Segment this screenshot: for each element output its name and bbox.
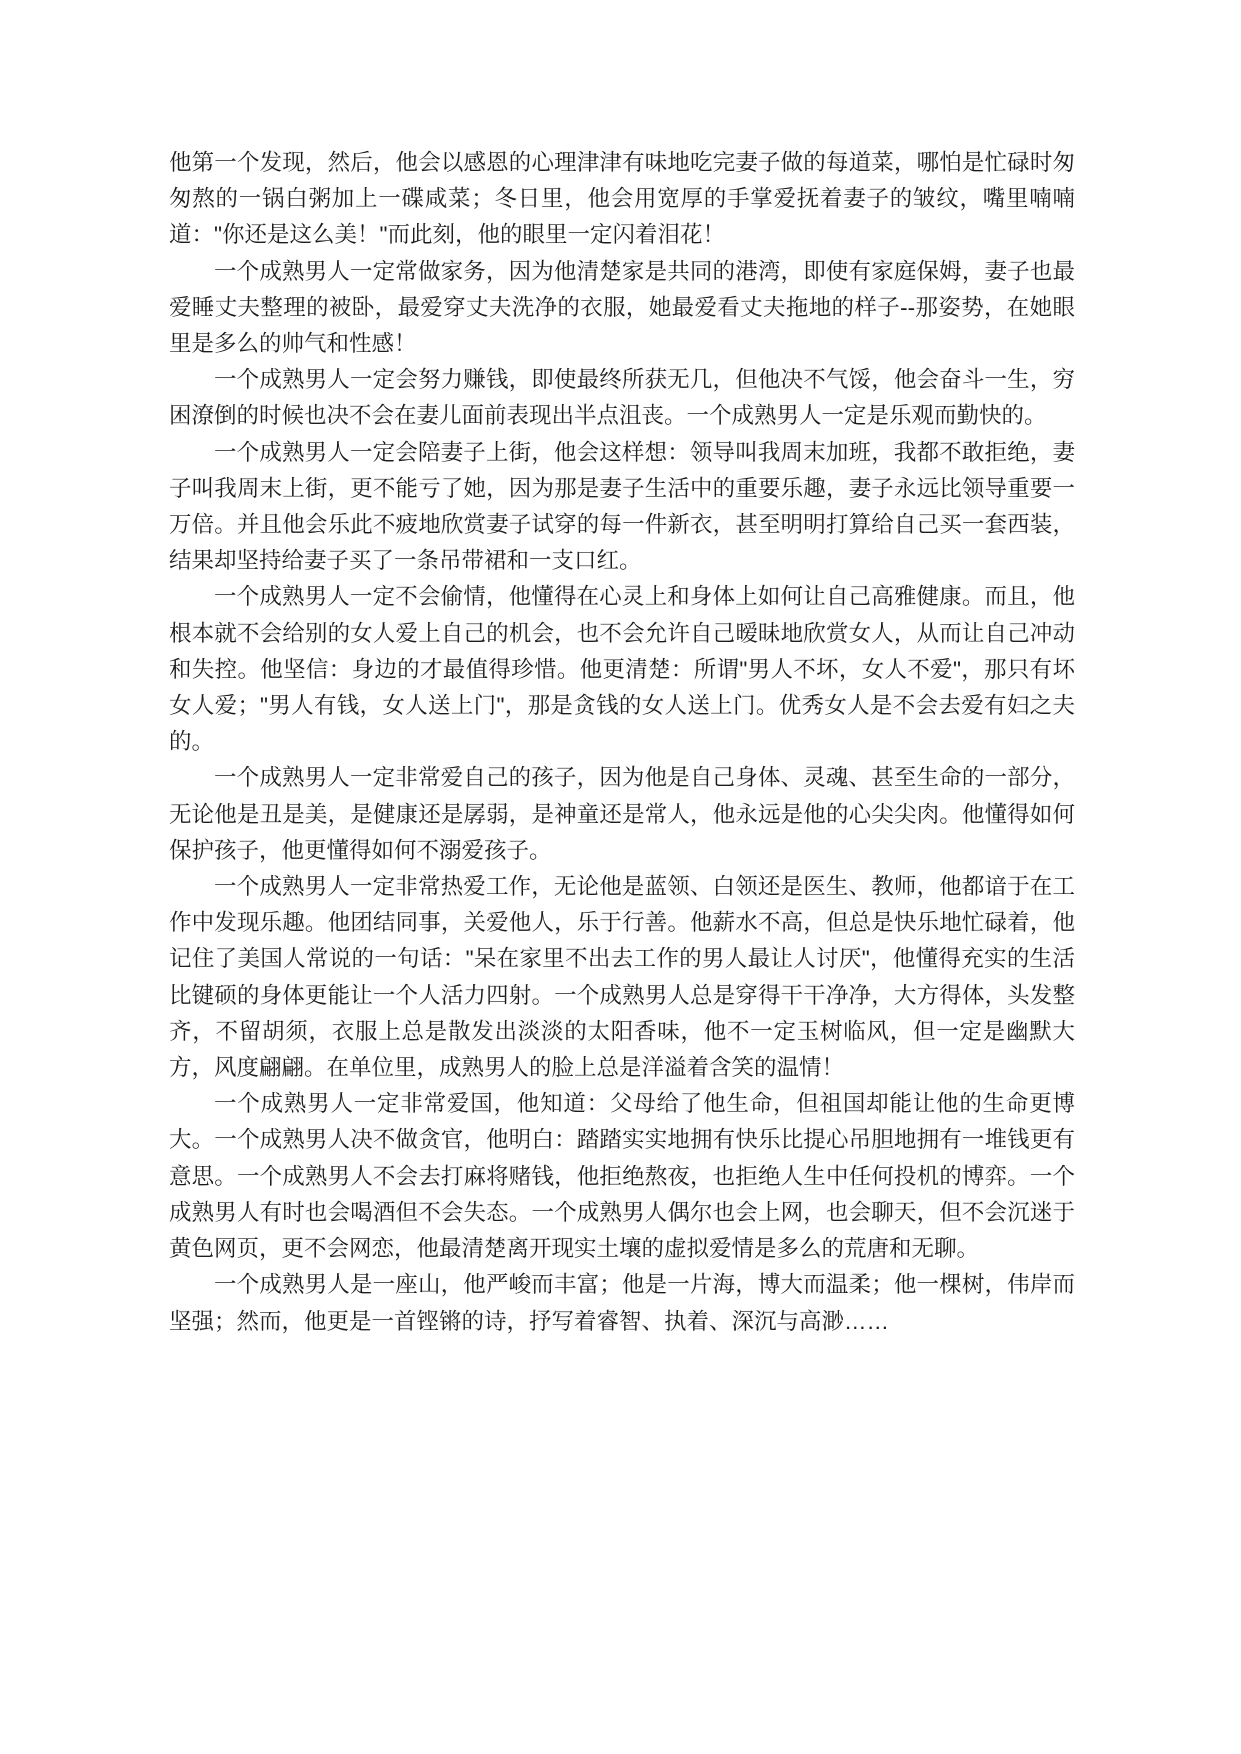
paragraph: 一个成熟男人一定不会偷情，他懂得在心灵上和身体上如何让自己高雅健康。而且，他根本… [169,579,1075,760]
paragraph: 一个成熟男人一定常做家务，因为他清楚家是共同的港湾，即使有家庭保姆，妻子也最爱睡… [169,254,1075,363]
paragraph: 一个成熟男人是一座山，他严峻而丰富；他是一片海，博大而温柔；他一棵树，伟岸而坚强… [169,1267,1075,1339]
paragraph: 一个成熟男人一定非常爱国，他知道：父母给了他生命，但祖国却能让他的生命更博大。一… [169,1086,1075,1267]
paragraph: 一个成熟男人一定会陪妻子上街，他会这样想：领导叫我周末加班，我都不敢拒绝，妻子叫… [169,435,1075,580]
paragraph: 一个成熟男人一定非常热爱工作，无论他是蓝领、白领还是医生、教师，他都谙于在工作中… [169,869,1075,1086]
document-page: 他第一个发现，然后，他会以感恩的心理津津有味地吃完妻子做的每道菜，哪怕是忙碌时匆… [0,0,1241,1754]
paragraph: 他第一个发现，然后，他会以感恩的心理津津有味地吃完妻子做的每道菜，哪怕是忙碌时匆… [169,145,1075,254]
paragraph: 一个成熟男人一定非常爱自己的孩子，因为他是自己身体、灵魂、甚至生命的一部分，无论… [169,760,1075,869]
paragraph: 一个成熟男人一定会努力赚钱，即使最终所获无几，但他决不气馁，他会奋斗一生，穷困潦… [169,362,1075,434]
